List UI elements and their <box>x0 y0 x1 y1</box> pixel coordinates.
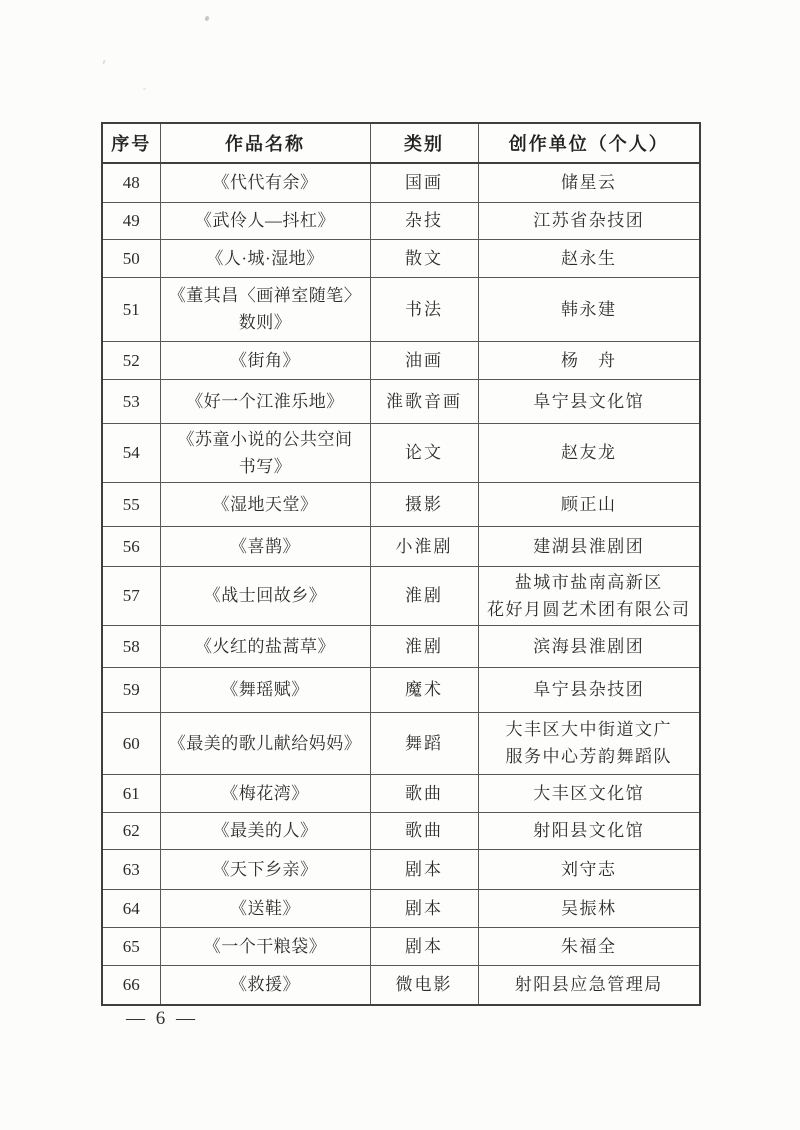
cell-title: 《代代有余》 <box>160 163 370 202</box>
cell-category: 魔术 <box>370 667 478 712</box>
cell-title: 《最美的人》 <box>160 812 370 849</box>
header-no: 序号 <box>102 123 160 163</box>
cell-title: 《苏童小说的公共空间 书写》 <box>160 423 370 482</box>
cell-no: 60 <box>102 712 160 774</box>
table-row: 56 《喜鹊》 小淮剧 建湖县淮剧团 <box>102 526 700 566</box>
scan-speckle <box>102 60 105 64</box>
table-row: 65 《一个干粮袋》 剧本 朱福全 <box>102 927 700 965</box>
cell-title: 《战士回故乡》 <box>160 566 370 625</box>
cell-category: 剧本 <box>370 927 478 965</box>
table-header-row: 序号 作品名称 类别 创作单位（个人） <box>102 123 700 163</box>
cell-title: 《好一个江淮乐地》 <box>160 379 370 423</box>
cell-creator: 刘守志 <box>478 849 700 889</box>
cell-category: 书法 <box>370 277 478 341</box>
cell-no: 59 <box>102 667 160 712</box>
cell-no: 63 <box>102 849 160 889</box>
cell-creator: 江苏省杂技团 <box>478 202 700 239</box>
cell-category: 论文 <box>370 423 478 482</box>
scan-speckle <box>143 88 146 90</box>
cell-creator: 赵永生 <box>478 239 700 277</box>
table-row: 53 《好一个江淮乐地》 淮歌音画 阜宁县文化馆 <box>102 379 700 423</box>
cell-creator: 韩永建 <box>478 277 700 341</box>
cell-category: 舞蹈 <box>370 712 478 774</box>
cell-no: 55 <box>102 482 160 526</box>
cell-creator: 吴振林 <box>478 889 700 927</box>
cell-category: 歌曲 <box>370 774 478 812</box>
cell-category: 剧本 <box>370 849 478 889</box>
table-row: 61 《梅花湾》 歌曲 大丰区文化馆 <box>102 774 700 812</box>
cell-title: 《武伶人—抖杠》 <box>160 202 370 239</box>
cell-title: 《救援》 <box>160 965 370 1005</box>
cell-category: 摄影 <box>370 482 478 526</box>
cell-creator: 朱福全 <box>478 927 700 965</box>
cell-category: 淮歌音画 <box>370 379 478 423</box>
cell-creator: 杨 舟 <box>478 341 700 379</box>
cell-category: 散文 <box>370 239 478 277</box>
cell-no: 66 <box>102 965 160 1005</box>
cell-creator: 滨海县淮剧团 <box>478 625 700 667</box>
table-row: 54 《苏童小说的公共空间 书写》 论文 赵友龙 <box>102 423 700 482</box>
cell-title: 《人·城·湿地》 <box>160 239 370 277</box>
cell-no: 51 <box>102 277 160 341</box>
table-row: 49 《武伶人—抖杠》 杂技 江苏省杂技团 <box>102 202 700 239</box>
table-row: 63 《天下乡亲》 剧本 刘守志 <box>102 849 700 889</box>
cell-no: 54 <box>102 423 160 482</box>
cell-creator: 射阳县应急管理局 <box>478 965 700 1005</box>
cell-creator: 赵友龙 <box>478 423 700 482</box>
table-row: 58 《火红的盐蒿草》 淮剧 滨海县淮剧团 <box>102 625 700 667</box>
cell-creator: 射阳县文化馆 <box>478 812 700 849</box>
cell-category: 杂技 <box>370 202 478 239</box>
cell-category: 油画 <box>370 341 478 379</box>
cell-title: 《舞瑶赋》 <box>160 667 370 712</box>
cell-category: 淮剧 <box>370 566 478 625</box>
cell-title: 《喜鹊》 <box>160 526 370 566</box>
table-row: 66 《救援》 微电影 射阳县应急管理局 <box>102 965 700 1005</box>
works-table: 序号 作品名称 类别 创作单位（个人） 48 《代代有余》 国画 储星云 49 … <box>101 122 701 1006</box>
cell-title: 《天下乡亲》 <box>160 849 370 889</box>
cell-title: 《街角》 <box>160 341 370 379</box>
cell-no: 62 <box>102 812 160 849</box>
cell-title: 《最美的歌儿献给妈妈》 <box>160 712 370 774</box>
cell-creator: 阜宁县文化馆 <box>478 379 700 423</box>
table-row: 59 《舞瑶赋》 魔术 阜宁县杂技团 <box>102 667 700 712</box>
table-row: 51 《董其昌〈画禅室随笔〉 数则》 书法 韩永建 <box>102 277 700 341</box>
cell-title: 《湿地天堂》 <box>160 482 370 526</box>
cell-no: 61 <box>102 774 160 812</box>
page-number: — 6 — <box>126 1008 198 1030</box>
table-row: 48 《代代有余》 国画 储星云 <box>102 163 700 202</box>
cell-no: 49 <box>102 202 160 239</box>
cell-category: 歌曲 <box>370 812 478 849</box>
cell-creator: 建湖县淮剧团 <box>478 526 700 566</box>
cell-title: 《送鞋》 <box>160 889 370 927</box>
cell-category: 淮剧 <box>370 625 478 667</box>
cell-category: 剧本 <box>370 889 478 927</box>
cell-title: 《董其昌〈画禅室随笔〉 数则》 <box>160 277 370 341</box>
cell-no: 57 <box>102 566 160 625</box>
table-row: 60 《最美的歌儿献给妈妈》 舞蹈 大丰区大中街道文广 服务中心芳韵舞蹈队 <box>102 712 700 774</box>
cell-no: 56 <box>102 526 160 566</box>
header-title: 作品名称 <box>160 123 370 163</box>
table-row: 57 《战士回故乡》 淮剧 盐城市盐南高新区 花好月圆艺术团有限公司 <box>102 566 700 625</box>
cell-title: 《梅花湾》 <box>160 774 370 812</box>
cell-title: 《一个干粮袋》 <box>160 927 370 965</box>
cell-no: 64 <box>102 889 160 927</box>
cell-no: 53 <box>102 379 160 423</box>
table-row: 50 《人·城·湿地》 散文 赵永生 <box>102 239 700 277</box>
cell-category: 国画 <box>370 163 478 202</box>
cell-creator: 储星云 <box>478 163 700 202</box>
cell-creator: 大丰区大中街道文广 服务中心芳韵舞蹈队 <box>478 712 700 774</box>
cell-no: 58 <box>102 625 160 667</box>
header-creator: 创作单位（个人） <box>478 123 700 163</box>
cell-category: 小淮剧 <box>370 526 478 566</box>
document-page: 序号 作品名称 类别 创作单位（个人） 48 《代代有余》 国画 储星云 49 … <box>0 0 800 1130</box>
scan-speckle <box>204 15 210 21</box>
cell-creator: 大丰区文化馆 <box>478 774 700 812</box>
cell-no: 52 <box>102 341 160 379</box>
header-category: 类别 <box>370 123 478 163</box>
cell-no: 65 <box>102 927 160 965</box>
cell-no: 50 <box>102 239 160 277</box>
cell-creator: 盐城市盐南高新区 花好月圆艺术团有限公司 <box>478 566 700 625</box>
table-row: 64 《送鞋》 剧本 吴振林 <box>102 889 700 927</box>
table-row: 52 《街角》 油画 杨 舟 <box>102 341 700 379</box>
cell-category: 微电影 <box>370 965 478 1005</box>
table-row: 55 《湿地天堂》 摄影 顾正山 <box>102 482 700 526</box>
cell-creator: 阜宁县杂技团 <box>478 667 700 712</box>
cell-title: 《火红的盐蒿草》 <box>160 625 370 667</box>
table-row: 62 《最美的人》 歌曲 射阳县文化馆 <box>102 812 700 849</box>
cell-creator: 顾正山 <box>478 482 700 526</box>
cell-no: 48 <box>102 163 160 202</box>
